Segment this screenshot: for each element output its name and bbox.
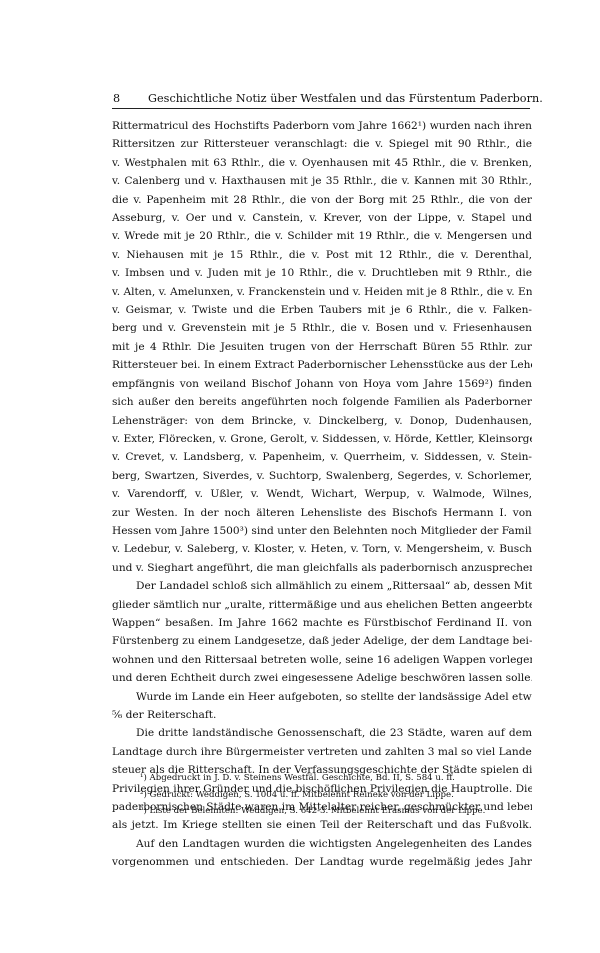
text-line: Die dritte landständische Genossenschaft… — [112, 724, 532, 742]
footnote: ¹) Abgedruckt in J. D. v. Steinens Westf… — [140, 770, 540, 787]
running-title: Geschichtliche Notiz über Westfalen und … — [148, 92, 543, 105]
text-line: Rittersteuer bei. In einem Extract Pader… — [112, 356, 532, 374]
text-line: v. Crevet, v. Landsberg, v. Papenheim, v… — [112, 448, 532, 466]
text-line: Wurde im Lande ein Heer aufgeboten, so s… — [112, 688, 532, 706]
text-line: mit je 4 Rthlr. Die Jesuiten trugen von … — [112, 338, 532, 356]
text-line: und deren Echtheit durch zwei eingesesse… — [112, 669, 532, 687]
body-text: Rittermatricul des Hochstifts Paderborn … — [112, 117, 532, 872]
document-page: 8 Geschichtliche Notiz über Westfalen un… — [0, 0, 600, 953]
text-line: Rittermatricul des Hochstifts Paderborn … — [112, 117, 532, 135]
text-line: Fürstenberg zu einem Landgesetze, daß je… — [112, 632, 532, 650]
footnote: ³) Liste der Belehnten: Weddigen, S. 642… — [140, 803, 540, 820]
text-line: sich außer den bereits angeführten noch … — [112, 393, 532, 411]
running-header: 8 Geschichtliche Notiz über Westfalen un… — [112, 90, 530, 109]
text-line: v. Niehausen mit je 15 Rthlr., die v. Po… — [112, 246, 532, 264]
text-line: Hessen vom Jahre 1500³) sind unter den B… — [112, 522, 532, 540]
text-line: v. Exter, Flörecken, v. Grone, Gerolt, v… — [112, 430, 532, 448]
text-line: berg, Swartzen, Siverdes, v. Suchtorp, S… — [112, 467, 532, 485]
text-line: v. Wrede mit je 20 Rthlr., die v. Schild… — [112, 227, 532, 245]
text-line: v. Westphalen mit 63 Rthlr., die v. Oyen… — [112, 154, 532, 172]
text-line: v. Geismar, v. Twiste und die Erben Taub… — [112, 301, 532, 319]
text-line: vorgenommen und entschieden. Der Landtag… — [112, 853, 532, 871]
text-line: v. Varendorff, v. Ußler, v. Wendt, Wicha… — [112, 485, 532, 503]
text-line: Der Landadel schloß sich allmählich zu e… — [112, 577, 532, 595]
text-line: Lehensträger: von dem Brincke, v. Dincke… — [112, 412, 532, 430]
text-line: die v. Papenheim mit 28 Rthlr., die von … — [112, 191, 532, 209]
text-line: berg und v. Grevenstein mit je 5 Rthlr.,… — [112, 319, 532, 337]
text-line: Rittersitzen zur Rittersteuer veranschla… — [112, 135, 532, 153]
footnotes: ¹) Abgedruckt in J. D. v. Steinens Westf… — [140, 770, 540, 820]
text-line: glieder sämtlich nur „uralte, rittermäßi… — [112, 596, 532, 614]
text-line: Asseburg, v. Oer und v. Canstein, v. Kre… — [112, 209, 532, 227]
text-line: v. Alten, v. Amelunxen, v. Franckenstein… — [112, 283, 532, 301]
text-line: v. Ledebur, v. Saleberg, v. Kloster, v. … — [112, 540, 532, 558]
text-line: wohnen und den Rittersaal betreten wolle… — [112, 651, 532, 669]
text-line: v. Calenberg und v. Haxthausen mit je 35… — [112, 172, 532, 190]
text-line: zur Westen. In der noch älteren Lehensli… — [112, 504, 532, 522]
text-line: Landtage durch ihre Bürgermeister vertre… — [112, 743, 532, 761]
text-line: Auf den Landtagen wurden die wichtigsten… — [112, 835, 532, 853]
text-line: empfängnis von weiland Bischof Johann vo… — [112, 375, 532, 393]
page-number: 8 — [113, 92, 120, 105]
text-line: und v. Sieghart angeführt, die man gleic… — [112, 559, 532, 577]
footnote: ²) Gedruckt: Weddigen, S. 1004 u. ff. Mi… — [140, 787, 540, 804]
text-line: Wappen“ besaßen. Im Jahre 1662 machte es… — [112, 614, 532, 632]
text-line: ⁵⁄₆ der Reiterschaft. — [112, 706, 532, 724]
text-line: v. Imbsen und v. Juden mit je 10 Rthlr.,… — [112, 264, 532, 282]
